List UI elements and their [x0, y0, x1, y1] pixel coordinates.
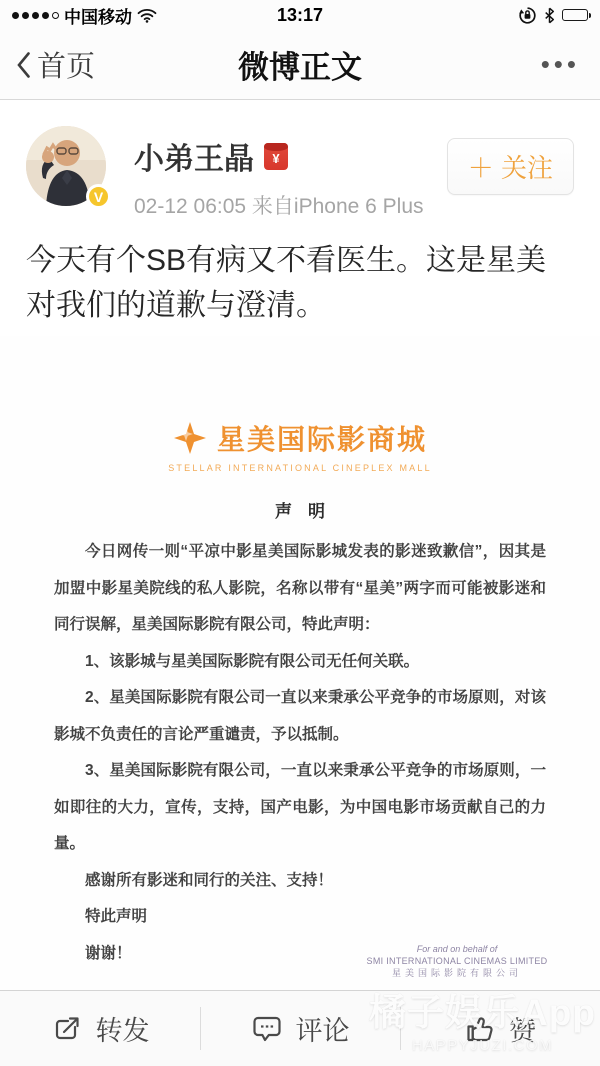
chevron-left-icon — [16, 51, 31, 79]
post-timestamp-source: 02-12 06:05 来自iPhone 6 Plus — [134, 190, 424, 220]
like-button[interactable]: 赞 — [400, 991, 600, 1066]
clock: 13:17 — [0, 5, 600, 26]
author-name[interactable]: 小弟王晶 — [134, 134, 254, 178]
post-text: 今天有个SB有病又不看医生。这是星美对我们的道歉与澄清。 — [0, 220, 600, 336]
weibo-post-detail-screen: 中国移动 13:17 — [0, 0, 600, 1066]
statement-paragraph: 特此声明 — [54, 899, 546, 936]
thumbs-up-icon — [464, 1013, 496, 1045]
author-block: 小弟王晶 ¥ 02-12 06:05 来自iPhone 6 Plus — [134, 126, 424, 220]
repost-button[interactable]: 转发 — [0, 991, 200, 1066]
statement-paragraph: 今日网传一则“平凉中影星美国际影城发表的影迷致歉信”，因其是加盟中影星美院线的私… — [54, 534, 546, 644]
statement-paragraph: 2、星美国际影院有限公司一直以来秉承公平竞争的市场原则，对该影城不负责任的言论严… — [54, 680, 546, 753]
sparkle-star-icon — [173, 421, 207, 455]
more-button[interactable]: ••• — [541, 49, 600, 80]
red-packet-badge-icon[interactable]: ¥ — [264, 143, 288, 170]
back-button[interactable]: 首页 — [0, 44, 95, 85]
statement-title: 声明 — [0, 497, 600, 522]
bluetooth-icon — [544, 7, 555, 24]
statement-paragraph: 1、该影城与星美国际影院有限公司无任何关联。 — [54, 644, 546, 681]
repost-label: 转发 — [96, 1009, 150, 1048]
nav-bar: 首页 微博正文 ••• — [0, 30, 600, 100]
post-header: V 小弟王晶 ¥ 02-12 06:05 来自iPhone 6 Plus ＋ 关… — [0, 100, 600, 220]
statement-paragraph: 感谢所有影迷和同行的关注、支持！ — [54, 863, 546, 900]
statement-logo-text: 星美国际影商城 — [217, 418, 427, 458]
orientation-lock-icon — [518, 6, 537, 25]
comment-label: 评论 — [296, 1009, 350, 1048]
statement-logo-subtitle: STELLAR INTERNATIONAL CINEPLEX MALL — [0, 463, 600, 473]
status-bar: 中国移动 13:17 — [0, 0, 600, 30]
comment-icon — [251, 1013, 283, 1045]
back-label: 首页 — [37, 44, 95, 85]
statement-paragraph: 3、星美国际影院有限公司，一直以来秉承公平竞争的市场原则，一如即往的大力，宣传，… — [54, 753, 546, 863]
statement-logo: 星美国际影商城 STELLAR INTERNATIONAL CINEPLEX M… — [0, 336, 600, 473]
action-toolbar: 转发 评论 赞 — [0, 990, 600, 1066]
like-label: 赞 — [509, 1009, 536, 1048]
follow-button[interactable]: ＋ 关注 — [447, 138, 574, 195]
comment-button[interactable]: 评论 — [200, 991, 400, 1066]
battery-icon — [562, 9, 588, 21]
verified-badge-icon: V — [86, 184, 111, 209]
statement-body: 今日网传一则“平凉中影星美国际影城发表的影迷致歉信”，因其是加盟中影星美院线的私… — [0, 534, 600, 972]
repost-icon — [51, 1013, 83, 1045]
signature-line3: 星美国际影院有限公司 — [352, 967, 562, 979]
signature-line2: SMI INTERNATIONAL CINEMAS LIMITED — [352, 955, 562, 967]
attached-statement-image[interactable]: 星美国际影商城 STELLAR INTERNATIONAL CINEPLEX M… — [0, 336, 600, 1014]
status-right — [518, 6, 588, 25]
signature-line1: For and on behalf of — [352, 943, 562, 955]
